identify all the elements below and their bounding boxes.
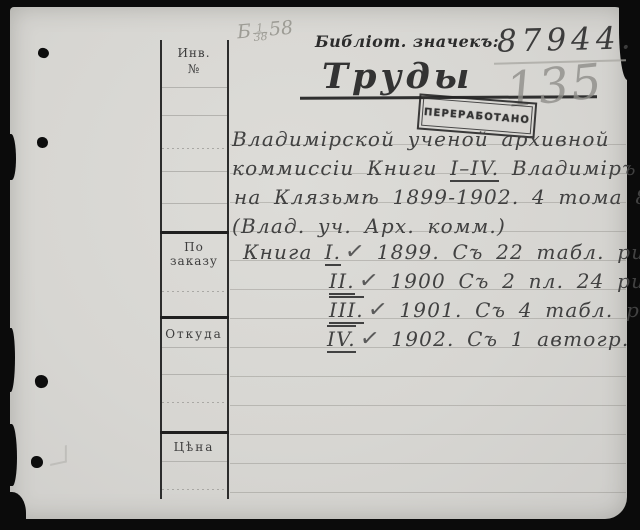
book-numeral: I.: [325, 240, 342, 266]
body-line-2: коммиссіи Книги I–IV. Владиміръ: [232, 156, 637, 180]
shelfmark-fraction: 138: [252, 24, 267, 42]
check-mark: ✓: [357, 267, 381, 296]
body-line-2-pre: коммиссіи Книги: [232, 156, 438, 180]
punch-hole: [37, 137, 48, 148]
body-line-2-post: Владиміръ: [512, 156, 637, 180]
column-row-line: [162, 489, 227, 490]
body-line-1: Владимірской ученой архивной: [232, 127, 610, 151]
shelfmark-number: 58: [268, 17, 294, 41]
column-row-line: [162, 115, 227, 116]
order-label: По заказу: [160, 240, 228, 268]
origin-label: Откуда: [160, 327, 228, 341]
column-divider: [160, 431, 229, 434]
inventory-label-line1: Инв.: [160, 46, 228, 60]
column-row-line: [162, 87, 227, 88]
check-mark: ✓: [358, 325, 382, 354]
column-divider: [160, 231, 229, 234]
column-row-line: [162, 203, 227, 204]
column-row-line: [162, 291, 227, 292]
book-text: 1901. Съ 4 табл. рис. въ краскахъ: [399, 298, 640, 322]
inventory-label-line2: №: [160, 62, 228, 76]
body-line-4: (Влад. уч. Арх. комм.): [232, 214, 506, 238]
column-row-line: [162, 374, 227, 375]
pencil-scratch-mark: [50, 445, 67, 466]
book-row: IV.✓1902. Съ 1 автогр. и 11 портр.: [241, 326, 640, 352]
library-badge-label: Библіот. значекъ:: [315, 32, 499, 51]
column-row-line: [162, 461, 227, 462]
book-numeral: III.: [329, 296, 364, 324]
scan-edge-blob: [7, 134, 16, 180]
library-badge-number: 87944.: [497, 20, 636, 60]
check-mark: ✓: [366, 296, 390, 325]
book-numeral: II.: [329, 269, 355, 295]
column-row-line: [162, 347, 227, 348]
body-line-2-numerals: I–IV.: [450, 156, 499, 182]
scanned-catalog-card: Инв. № По заказу Откуда Цѣна Б13858 Библ…: [0, 0, 640, 530]
body-line-3: на Клязьмѣ 1899-1902. 4 тома 8°.: [234, 185, 640, 209]
card-title: Труды: [322, 56, 473, 97]
book-row: КнигаI.✓1899. Съ 22 табл. рис.: [243, 239, 640, 265]
book-prefix: Книга: [243, 240, 313, 264]
price-label: Цѣна: [160, 440, 228, 454]
book-row: II.✓1900 Съ 2 пл. 24 рис. и 9 портр.: [243, 268, 640, 294]
column-row-line: [162, 402, 227, 403]
book-row: III.✓1901. Съ 4 табл. рис. въ краскахъ: [243, 297, 640, 323]
book-text: 1900 Съ 2 пл. 24 рис. и 9 портр.: [390, 269, 640, 293]
book-text: 1902. Съ 1 автогр. и 11 портр.: [391, 327, 640, 351]
book-text: 1899. Съ 22 табл. рис.: [377, 240, 640, 264]
stamp-text: ПЕРЕРАБОТАНО: [424, 106, 531, 125]
book-numeral: IV.: [327, 325, 356, 353]
shelfmark-letter: Б: [236, 20, 252, 43]
check-mark: ✓: [344, 238, 368, 267]
column-row-line: [162, 148, 227, 149]
column-divider: [160, 316, 229, 319]
punch-hole: [31, 456, 43, 468]
column-row-line: [162, 171, 227, 172]
